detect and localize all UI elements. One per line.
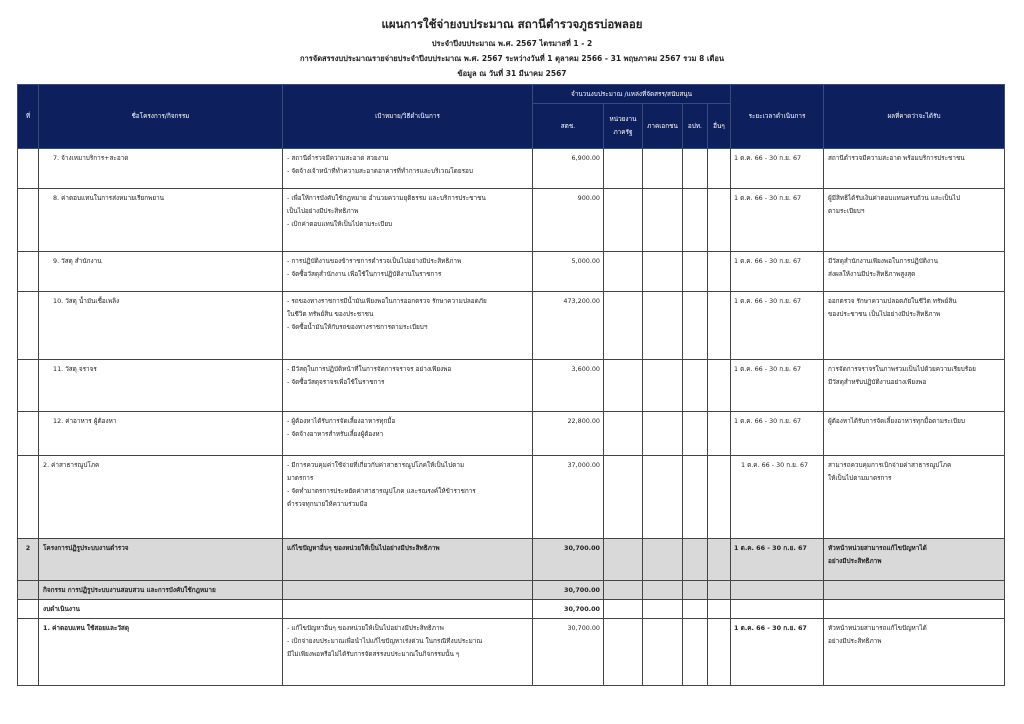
goal-text-line: มาตรการ (287, 472, 528, 485)
goal-text: - รถของทางราชการมีน้ำมันเพียงพอในการออกต… (283, 292, 532, 334)
outcome-text-line: ออกตรวจ รักษาความปลอดภัยในชีวิต ทรัพย์สิ… (828, 295, 1000, 308)
col-header-period: ระยะเวลาดำเนินการ (731, 85, 824, 149)
outcome-text: หัวหน้าหน่วยสามารถแก้ไขปัญหาได้อย่างมีปร… (824, 619, 1004, 648)
cell-budget-3 (683, 252, 708, 292)
cell-no (18, 412, 39, 456)
goal-text-line: - จัดทำมาตรการประหยัดค่าสาธารณูปโภค และร… (287, 485, 528, 498)
budget-amount (683, 581, 707, 584)
cell-budget-4 (708, 252, 731, 292)
goal-text-line: - จัดซื้อวัสดุสำนักงาน เพื่อใช้ในการปฏิบ… (287, 268, 528, 281)
budget-amount (683, 292, 707, 295)
budget-amount (708, 456, 730, 459)
project-name: 10. วัสดุ น้ำมันเชื้อเพลิง (39, 292, 282, 308)
cell-budget-1 (604, 619, 643, 686)
goal-text-line: - รถของทางราชการมีน้ำมันเพียงพอในการออกต… (287, 295, 528, 308)
budget-amount: 30,700.00 (533, 539, 603, 555)
cell-budget-4 (708, 149, 731, 189)
outcome-text-line: ให้เป็นไปตามมาตรการ (828, 472, 1000, 485)
cell-outcome: สามารถควบคุมการเบิกจ่ายค่าสาธารณูปโภคให้… (824, 456, 1005, 539)
cell-project: 11. วัสดุ จราจร (39, 360, 283, 412)
budget-amount (643, 581, 682, 584)
period-text: 1 ต.ค. 66 - 30 ก.ย. 67 (731, 252, 823, 268)
cell-period: 1 ต.ค. 66 - 30 ก.ย. 67 (731, 292, 824, 360)
goal-text-line: - จัดซื้อวัสดุจราจรเพื่อใช้ในราชการ (287, 376, 528, 389)
budget-amount (604, 252, 642, 255)
cell-goal (283, 600, 533, 619)
outcome-text-line: อย่างมีประสิทธิภาพ (828, 555, 1000, 568)
budget-amount (643, 360, 682, 363)
cell-budget-0: 37,000.00 (533, 456, 604, 539)
cell-budget-0: 30,700.00 (533, 539, 604, 581)
cell-goal: - การปฏิบัติงานของข้าราชการตำรวจเป็นไปอย… (283, 252, 533, 292)
outcome-text: สามารถควบคุมการเบิกจ่ายค่าสาธารณูปโภคให้… (824, 456, 1004, 485)
cell-no (18, 456, 39, 539)
cell-no (18, 600, 39, 619)
cell-outcome (824, 581, 1005, 600)
cell-budget-3 (683, 456, 708, 539)
budget-amount (708, 292, 730, 295)
cell-budget-3 (683, 360, 708, 412)
outcome-text: หัวหน้าหน่วยสามารถแก้ไขปัญหาได้อย่างมีปร… (824, 539, 1004, 568)
goal-text: - ผู้ต้องหาได้รับการจัดเลี้ยงอาหารทุกมื้… (283, 412, 532, 441)
goal-text: - การปฏิบัติงานของข้าราชการตำรวจเป็นไปอย… (283, 252, 532, 281)
cell-project: กิจกรรม การปฏิรูประบบงานสอบสวน และการบัง… (39, 581, 283, 600)
cell-project: 9. วัสดุ สำนักงาน (39, 252, 283, 292)
cell-budget-2 (643, 252, 683, 292)
project-name: 8. ค่าตอบแทนในการส่งหมายเรียกพยาน (39, 189, 282, 205)
cell-project: งบดำเนินงาน (39, 600, 283, 619)
cell-budget-1 (604, 252, 643, 292)
cell-budget-0: 5,000.00 (533, 252, 604, 292)
period-text: 1 ต.ค. 66 - 30 ก.ย. 67 (731, 412, 823, 428)
budget-amount (643, 600, 682, 603)
goal-text-line: - เบิกจ่ายงบประมาณเพื่อนำไปแก้ไขปัญหาเร่… (287, 635, 528, 648)
table-row: 12. ค่าอาหาร ผู้ต้องหา- ผู้ต้องหาได้รับก… (18, 412, 1005, 456)
outcome-text-line: ส่งผลให้งานมีประสิทธิภาพสูงสุด (828, 268, 1000, 281)
goal-text-line: มีไม่เพียงพอหรือไม่ได้รับการจัดสรรงบประม… (287, 648, 528, 661)
period-text: 1 ต.ค. 66 - 30 ก.ย. 67 (731, 456, 823, 472)
goal-text-line: แก้ไขปัญหาอื่นๆ ของหน่วยให้เป็นไปอย่างมี… (287, 542, 528, 555)
cell-period: 1 ต.ค. 66 - 30 ก.ย. 67 (731, 189, 824, 252)
period-text: 1 ต.ค. 66 - 30 ก.ย. 67 (731, 292, 823, 308)
budget-amount (708, 149, 730, 152)
cell-budget-4 (708, 456, 731, 539)
goal-text-line: ตำรวจทุกนายให้ความร่วมมือ (287, 498, 528, 511)
outcome-text-line: ของประชาชน เป็นไปอย่างมีประสิทธิภาพ (828, 308, 1000, 321)
cell-project: 2. ค่าสาธารณูปโภค (39, 456, 283, 539)
outcome-text-line: ผู้ต้องหาได้รับการจัดเลี้ยงอาหารทุกมื้อต… (828, 415, 1000, 428)
budget-amount (708, 360, 730, 363)
cell-budget-0: 30,700.00 (533, 600, 604, 619)
goal-text: - เพื่อให้การบังคับใช้กฎหมาย อำนวยความยุ… (283, 189, 532, 231)
budget-amount (708, 600, 730, 603)
cell-project: 7. จ้างเหมาบริการ+สะอาด (39, 149, 283, 189)
cell-outcome: หัวหน้าหน่วยสามารถแก้ไขปัญหาได้อย่างมีปร… (824, 539, 1005, 581)
budget-amount: 30,700.00 (533, 619, 603, 635)
cell-budget-2 (643, 619, 683, 686)
budget-amount: 5,000.00 (533, 252, 603, 268)
goal-text-line: - จัดจ้างอาหารสำหรับเลี้ยงผู้ต้องหา (287, 428, 528, 441)
outcome-text-line: หัวหน้าหน่วยสามารถแก้ไขปัญหาได้ (828, 542, 1000, 555)
cell-budget-2 (643, 600, 683, 619)
cell-budget-4 (708, 539, 731, 581)
row-number (18, 360, 38, 363)
budget-amount (643, 189, 682, 192)
cell-budget-3 (683, 149, 708, 189)
project-name: 7. จ้างเหมาบริการ+สะอาด (39, 149, 282, 165)
cell-budget-2 (643, 189, 683, 252)
project-name: กิจกรรม การปฏิรูประบบงานสอบสวน และการบัง… (39, 581, 282, 597)
cell-budget-2 (643, 360, 683, 412)
budget-amount (683, 252, 707, 255)
outcome-text: สถานีตำรวจมีความสะอาด พร้อมบริการประชาชน (824, 149, 1004, 165)
row-number (18, 252, 38, 255)
cell-outcome: สถานีตำรวจมีความสะอาด พร้อมบริการประชาชน (824, 149, 1005, 189)
outcome-text-line: ตามระเบียบฯ (828, 205, 1000, 218)
goal-text-line: - มีการควบคุมค่าใช้จ่ายที่เกี่ยวกับค่าสา… (287, 459, 528, 472)
project-name: โครงการปฏิรูประบบงานตำรวจ (39, 539, 282, 555)
table-row: งบดำเนินงาน30,700.00 (18, 600, 1005, 619)
cell-goal: - ผู้ต้องหาได้รับการจัดเลี้ยงอาหารทุกมื้… (283, 412, 533, 456)
cell-goal: แก้ไขปัญหาอื่นๆ ของหน่วยให้เป็นไปอย่างมี… (283, 539, 533, 581)
cell-budget-0: 3,600.00 (533, 360, 604, 412)
cell-outcome: มีวัสดุสำนักงานเพียงพอในการปฏิบัติงานส่ง… (824, 252, 1005, 292)
outcome-text-line: การจัดการจราจรในภาพรวมเป็นไปด้วยความเรีย… (828, 363, 1000, 376)
table-row: 8. ค่าตอบแทนในการส่งหมายเรียกพยาน- เพื่อ… (18, 189, 1005, 252)
outcome-text-line: สามารถควบคุมการเบิกจ่ายค่าสาธารณูปโภค (828, 459, 1000, 472)
row-number (18, 149, 38, 152)
cell-budget-1 (604, 456, 643, 539)
cell-budget-3 (683, 600, 708, 619)
budget-amount (604, 581, 642, 584)
budget-amount: 30,700.00 (533, 600, 603, 616)
budget-amount (708, 412, 730, 415)
period-text: 1 ต.ค. 66 - 30 ก.ย. 67 (731, 189, 823, 205)
budget-amount (604, 149, 642, 152)
cell-no (18, 581, 39, 600)
document-title: แผนการใช้จ่ายงบประมาณ สถานีตำรวจภูธรบ่อพ… (0, 16, 1024, 34)
cell-goal (283, 581, 533, 600)
outcome-text-line: มีวัสดุสำหรับปฏิบัติงานอย่างเพียงพอ (828, 376, 1000, 389)
goal-text-line: - มีวัสดุในการปฏิบัติหน้าที่ในการจัดการจ… (287, 363, 528, 376)
table-row: กิจกรรม การปฏิรูประบบงานสอบสวน และการบัง… (18, 581, 1005, 600)
table-row: 7. จ้างเหมาบริการ+สะอาด- สถานีตำรวจมีควา… (18, 149, 1005, 189)
cell-goal: - มีวัสดุในการปฏิบัติหน้าที่ในการจัดการจ… (283, 360, 533, 412)
table-row: 10. วัสดุ น้ำมันเชื้อเพลิง- รถของทางราชก… (18, 292, 1005, 360)
cell-goal: - มีการควบคุมค่าใช้จ่ายที่เกี่ยวกับค่าสา… (283, 456, 533, 539)
cell-budget-0: 30,700.00 (533, 619, 604, 686)
project-name: 9. วัสดุ สำนักงาน (39, 252, 282, 268)
row-number (18, 600, 38, 603)
cell-period: 1 ต.ค. 66 - 30 ก.ย. 67 (731, 412, 824, 456)
outcome-text: มีวัสดุสำนักงานเพียงพอในการปฏิบัติงานส่ง… (824, 252, 1004, 281)
cell-period (731, 600, 824, 619)
goal-text-line: - จัดซื้อน้ำมันให้กับรถของทางราชการตามระ… (287, 321, 528, 334)
allocation-line: การจัดสรรงบประมาณรายจ่ายประจำปีงบประมาณ … (0, 53, 1024, 65)
period-text (731, 581, 823, 584)
col-header-goal: เป้าหมาย/วิธีดำเนินการ (283, 85, 533, 149)
cell-budget-4 (708, 292, 731, 360)
col-header-private-sector: ภาคเอกชน (643, 104, 683, 149)
outcome-text-line: หัวหน้าหน่วยสามารถแก้ไขปัญหาได้ (828, 622, 1000, 635)
cell-budget-4 (708, 581, 731, 600)
goal-text: - มีวัสดุในการปฏิบัติหน้าที่ในการจัดการจ… (283, 360, 532, 389)
project-name: 2. ค่าสาธารณูปโภค (39, 456, 282, 472)
table-row: 2. ค่าสาธารณูปโภค- มีการควบคุมค่าใช้จ่าย… (18, 456, 1005, 539)
cell-period: 1 ต.ค. 66 - 30 ก.ย. 67 (731, 149, 824, 189)
cell-project: 1. ค่าตอบแทน ใช้สอยและวัสดุ (39, 619, 283, 686)
goal-text-line: - เพื่อให้การบังคับใช้กฎหมาย อำนวยความยุ… (287, 192, 528, 205)
cell-budget-3 (683, 619, 708, 686)
cell-budget-3 (683, 581, 708, 600)
budget-amount (604, 360, 642, 363)
budget-amount (683, 360, 707, 363)
cell-period: 1 ต.ค. 66 - 30 ก.ย. 67 (731, 360, 824, 412)
budget-amount (604, 619, 642, 622)
budget-amount (683, 189, 707, 192)
cell-no (18, 292, 39, 360)
cell-period: 1 ต.ค. 66 - 30 ก.ย. 67 (731, 539, 824, 581)
row-number (18, 292, 38, 295)
cell-period: 1 ต.ค. 66 - 30 ก.ย. 67 (731, 619, 824, 686)
cell-budget-0: 473,200.00 (533, 292, 604, 360)
goal-text: - มีการควบคุมค่าใช้จ่ายที่เกี่ยวกับค่าสา… (283, 456, 532, 511)
budget-amount (643, 149, 682, 152)
budget-amount (643, 252, 682, 255)
budget-amount (708, 252, 730, 255)
outcome-text-line: ผู้มีสิทธิได้รับเงินค่าตอบแทนครบถ้วน และ… (828, 192, 1000, 205)
budget-amount (708, 581, 730, 584)
cell-no (18, 252, 39, 292)
goal-text: - แก้ไขปัญหาอื่นๆ ของหน่วยให้เป็นไปอย่าง… (283, 619, 532, 661)
cell-budget-1 (604, 149, 643, 189)
cell-period: 1 ต.ค. 66 - 30 ก.ย. 67 (731, 252, 824, 292)
cell-budget-1 (604, 412, 643, 456)
budget-amount (683, 539, 707, 542)
row-number (18, 456, 38, 459)
cell-budget-2 (643, 412, 683, 456)
outcome-text (824, 600, 1004, 603)
cell-budget-4 (708, 412, 731, 456)
goal-text-line: ในชีวิต ทรัพย์สิน ของประชาชน (287, 308, 528, 321)
cell-no (18, 619, 39, 686)
col-header-budget-group: จำนวนงบประมาณ /แหล่งที่จัดสรร/สนับสนุน (533, 85, 731, 104)
row-number (18, 189, 38, 192)
outcome-text-line: สถานีตำรวจมีความสะอาด พร้อมบริการประชาชน (828, 152, 1000, 165)
cell-budget-1 (604, 189, 643, 252)
budget-amount (683, 456, 707, 459)
cell-no: 2 (18, 539, 39, 581)
project-name: งบดำเนินงาน (39, 600, 282, 616)
cell-no (18, 149, 39, 189)
budget-amount (683, 619, 707, 622)
budget-amount (604, 189, 642, 192)
outcome-text: การจัดการจราจรในภาพรวมเป็นไปด้วยความเรีย… (824, 360, 1004, 389)
budget-amount (708, 619, 730, 622)
cell-budget-1 (604, 600, 643, 619)
budget-amount (643, 539, 682, 542)
budget-amount (643, 412, 682, 415)
cell-outcome: หัวหน้าหน่วยสามารถแก้ไขปัญหาได้อย่างมีปร… (824, 619, 1005, 686)
cell-budget-3 (683, 292, 708, 360)
outcome-text: ผู้ต้องหาได้รับการจัดเลี้ยงอาหารทุกมื้อต… (824, 412, 1004, 428)
goal-text: แก้ไขปัญหาอื่นๆ ของหน่วยให้เป็นไปอย่างมี… (283, 539, 532, 555)
col-header-project: ชื่อโครงการ/กิจกรรม (39, 85, 283, 149)
cell-period: 1 ต.ค. 66 - 30 ก.ย. 67 (731, 456, 824, 539)
row-number: 2 (18, 539, 38, 555)
cell-budget-1 (604, 581, 643, 600)
cell-no (18, 189, 39, 252)
cell-budget-3 (683, 539, 708, 581)
table-body: 7. จ้างเหมาบริการ+สะอาด- สถานีตำรวจมีควา… (18, 149, 1005, 686)
col-header-outcome: ผลที่คาดว่าจะได้รับ (824, 85, 1005, 149)
budget-amount (643, 456, 682, 459)
goal-text-line: - ผู้ต้องหาได้รับการจัดเลี้ยงอาหารทุกมื้… (287, 415, 528, 428)
col-header-local-admin: อปท. (683, 104, 708, 149)
outcome-text: ออกตรวจ รักษาความปลอดภัยในชีวิต ทรัพย์สิ… (824, 292, 1004, 321)
cell-project: 8. ค่าตอบแทนในการส่งหมายเรียกพยาน (39, 189, 283, 252)
cell-goal: - รถของทางราชการมีน้ำมันเพียงพอในการออกต… (283, 292, 533, 360)
cell-budget-0: 6,900.00 (533, 149, 604, 189)
budget-amount (643, 292, 682, 295)
cell-project: 12. ค่าอาหาร ผู้ต้องหา (39, 412, 283, 456)
budget-amount: 6,900.00 (533, 149, 603, 165)
cell-outcome (824, 600, 1005, 619)
document-subtitle: ประจำปีงบประมาณ พ.ศ. 2567 ไตรมาสที่ 1 - … (0, 38, 1024, 50)
outcome-text-line: อย่างมีประสิทธิภาพ (828, 635, 1000, 648)
outcome-text (824, 581, 1004, 584)
budget-amount: 900.00 (533, 189, 603, 205)
goal-text (283, 600, 532, 603)
cell-period (731, 581, 824, 600)
table-row: 2โครงการปฏิรูประบบงานตำรวจแก้ไขปัญหาอื่น… (18, 539, 1005, 581)
cell-budget-1 (604, 292, 643, 360)
budget-amount: 473,200.00 (533, 292, 603, 308)
budget-amount (683, 149, 707, 152)
cell-budget-2 (643, 456, 683, 539)
budget-amount (643, 619, 682, 622)
cell-outcome: ออกตรวจ รักษาความปลอดภัยในชีวิต ทรัพย์สิ… (824, 292, 1005, 360)
cell-goal: - เพื่อให้การบังคับใช้กฎหมาย อำนวยความยุ… (283, 189, 533, 252)
period-text: 1 ต.ค. 66 - 30 ก.ย. 67 (731, 149, 823, 165)
table-header: ที่ ชื่อโครงการ/กิจกรรม เป้าหมาย/วิธีดำเ… (18, 85, 1005, 149)
goal-text-line: - การปฏิบัติงานของข้าราชการตำรวจเป็นไปอย… (287, 255, 528, 268)
col-header-no: ที่ (18, 85, 39, 149)
budget-amount (604, 456, 642, 459)
cell-budget-2 (643, 292, 683, 360)
period-text (731, 600, 823, 603)
cell-no (18, 360, 39, 412)
cell-outcome: ผู้มีสิทธิได้รับเงินค่าตอบแทนครบถ้วน และ… (824, 189, 1005, 252)
period-text: 1 ต.ค. 66 - 30 ก.ย. 67 (731, 360, 823, 376)
row-number (18, 412, 38, 415)
budget-amount (708, 539, 730, 542)
goal-text-line: - สถานีตำรวจมีความสะอาด สวยงาม (287, 152, 528, 165)
cell-outcome: ผู้ต้องหาได้รับการจัดเลี้ยงอาหารทุกมื้อต… (824, 412, 1005, 456)
row-number (18, 619, 38, 622)
cell-budget-1 (604, 539, 643, 581)
goal-text-line: - เบิกค่าตอบแทนให้เป็นไปตามระเบียบ (287, 218, 528, 231)
goal-text: - สถานีตำรวจมีความสะอาด สวยงาม- จัดจ้างเ… (283, 149, 532, 178)
cell-budget-4 (708, 619, 731, 686)
data-as-of: ข้อมูล ณ วันที่ 31 มีนาคม 2567 (0, 68, 1024, 80)
outcome-text-line: มีวัสดุสำนักงานเพียงพอในการปฏิบัติงาน (828, 255, 1000, 268)
cell-outcome: การจัดการจราจรในภาพรวมเป็นไปด้วยความเรีย… (824, 360, 1005, 412)
budget-amount: 3,600.00 (533, 360, 603, 376)
cell-goal: - แก้ไขปัญหาอื่นๆ ของหน่วยให้เป็นไปอย่าง… (283, 619, 533, 686)
goal-text-line: เป็นไปอย่างมีประสิทธิภาพ (287, 205, 528, 218)
table-row: 1. ค่าตอบแทน ใช้สอยและวัสดุ- แก้ไขปัญหาอ… (18, 619, 1005, 686)
project-name: 12. ค่าอาหาร ผู้ต้องหา (39, 412, 282, 428)
table-row: 11. วัสดุ จราจร- มีวัสดุในการปฏิบัติหน้า… (18, 360, 1005, 412)
budget-amount (604, 539, 642, 542)
col-header-police-budget: สตช. (533, 104, 604, 149)
cell-budget-4 (708, 600, 731, 619)
budget-plan-table: ที่ ชื่อโครงการ/กิจกรรม เป้าหมาย/วิธีดำเ… (17, 84, 1005, 686)
outcome-text: ผู้มีสิทธิได้รับเงินค่าตอบแทนครบถ้วน และ… (824, 189, 1004, 218)
cell-project: 10. วัสดุ น้ำมันเชื้อเพลิง (39, 292, 283, 360)
cell-budget-2 (643, 149, 683, 189)
goal-text-line: - แก้ไขปัญหาอื่นๆ ของหน่วยให้เป็นไปอย่าง… (287, 622, 528, 635)
cell-budget-0: 30,700.00 (533, 581, 604, 600)
cell-budget-1 (604, 360, 643, 412)
col-header-government-agency: หน่วยงาน ภาครัฐ (604, 104, 643, 149)
cell-budget-2 (643, 539, 683, 581)
cell-budget-3 (683, 412, 708, 456)
col-header-other: อื่นๆ (708, 104, 731, 149)
cell-budget-4 (708, 360, 731, 412)
table-row: 9. วัสดุ สำนักงาน- การปฏิบัติงานของข้ารา… (18, 252, 1005, 292)
project-name: 11. วัสดุ จราจร (39, 360, 282, 376)
goal-text (283, 581, 532, 584)
cell-budget-2 (643, 581, 683, 600)
cell-goal: - สถานีตำรวจมีความสะอาด สวยงาม- จัดจ้างเ… (283, 149, 533, 189)
budget-amount (604, 292, 642, 295)
budget-amount (604, 600, 642, 603)
project-name: 1. ค่าตอบแทน ใช้สอยและวัสดุ (39, 619, 282, 635)
budget-amount (683, 600, 707, 603)
budget-amount: 30,700.00 (533, 581, 603, 597)
cell-budget-3 (683, 189, 708, 252)
budget-amount: 37,000.00 (533, 456, 603, 472)
goal-text-line: - จัดจ้างเจ้าหน้าที่ทำความสะอาดอาคารที่ท… (287, 165, 528, 178)
budget-amount (708, 189, 730, 192)
cell-budget-0: 22,800.00 (533, 412, 604, 456)
budget-amount (604, 412, 642, 415)
cell-project: โครงการปฏิรูประบบงานตำรวจ (39, 539, 283, 581)
budget-amount (683, 412, 707, 415)
period-text: 1 ต.ค. 66 - 30 ก.ย. 67 (731, 539, 823, 555)
row-number (18, 581, 38, 584)
budget-amount: 22,800.00 (533, 412, 603, 428)
cell-budget-4 (708, 189, 731, 252)
period-text: 1 ต.ค. 66 - 30 ก.ย. 67 (731, 619, 823, 635)
cell-budget-0: 900.00 (533, 189, 604, 252)
